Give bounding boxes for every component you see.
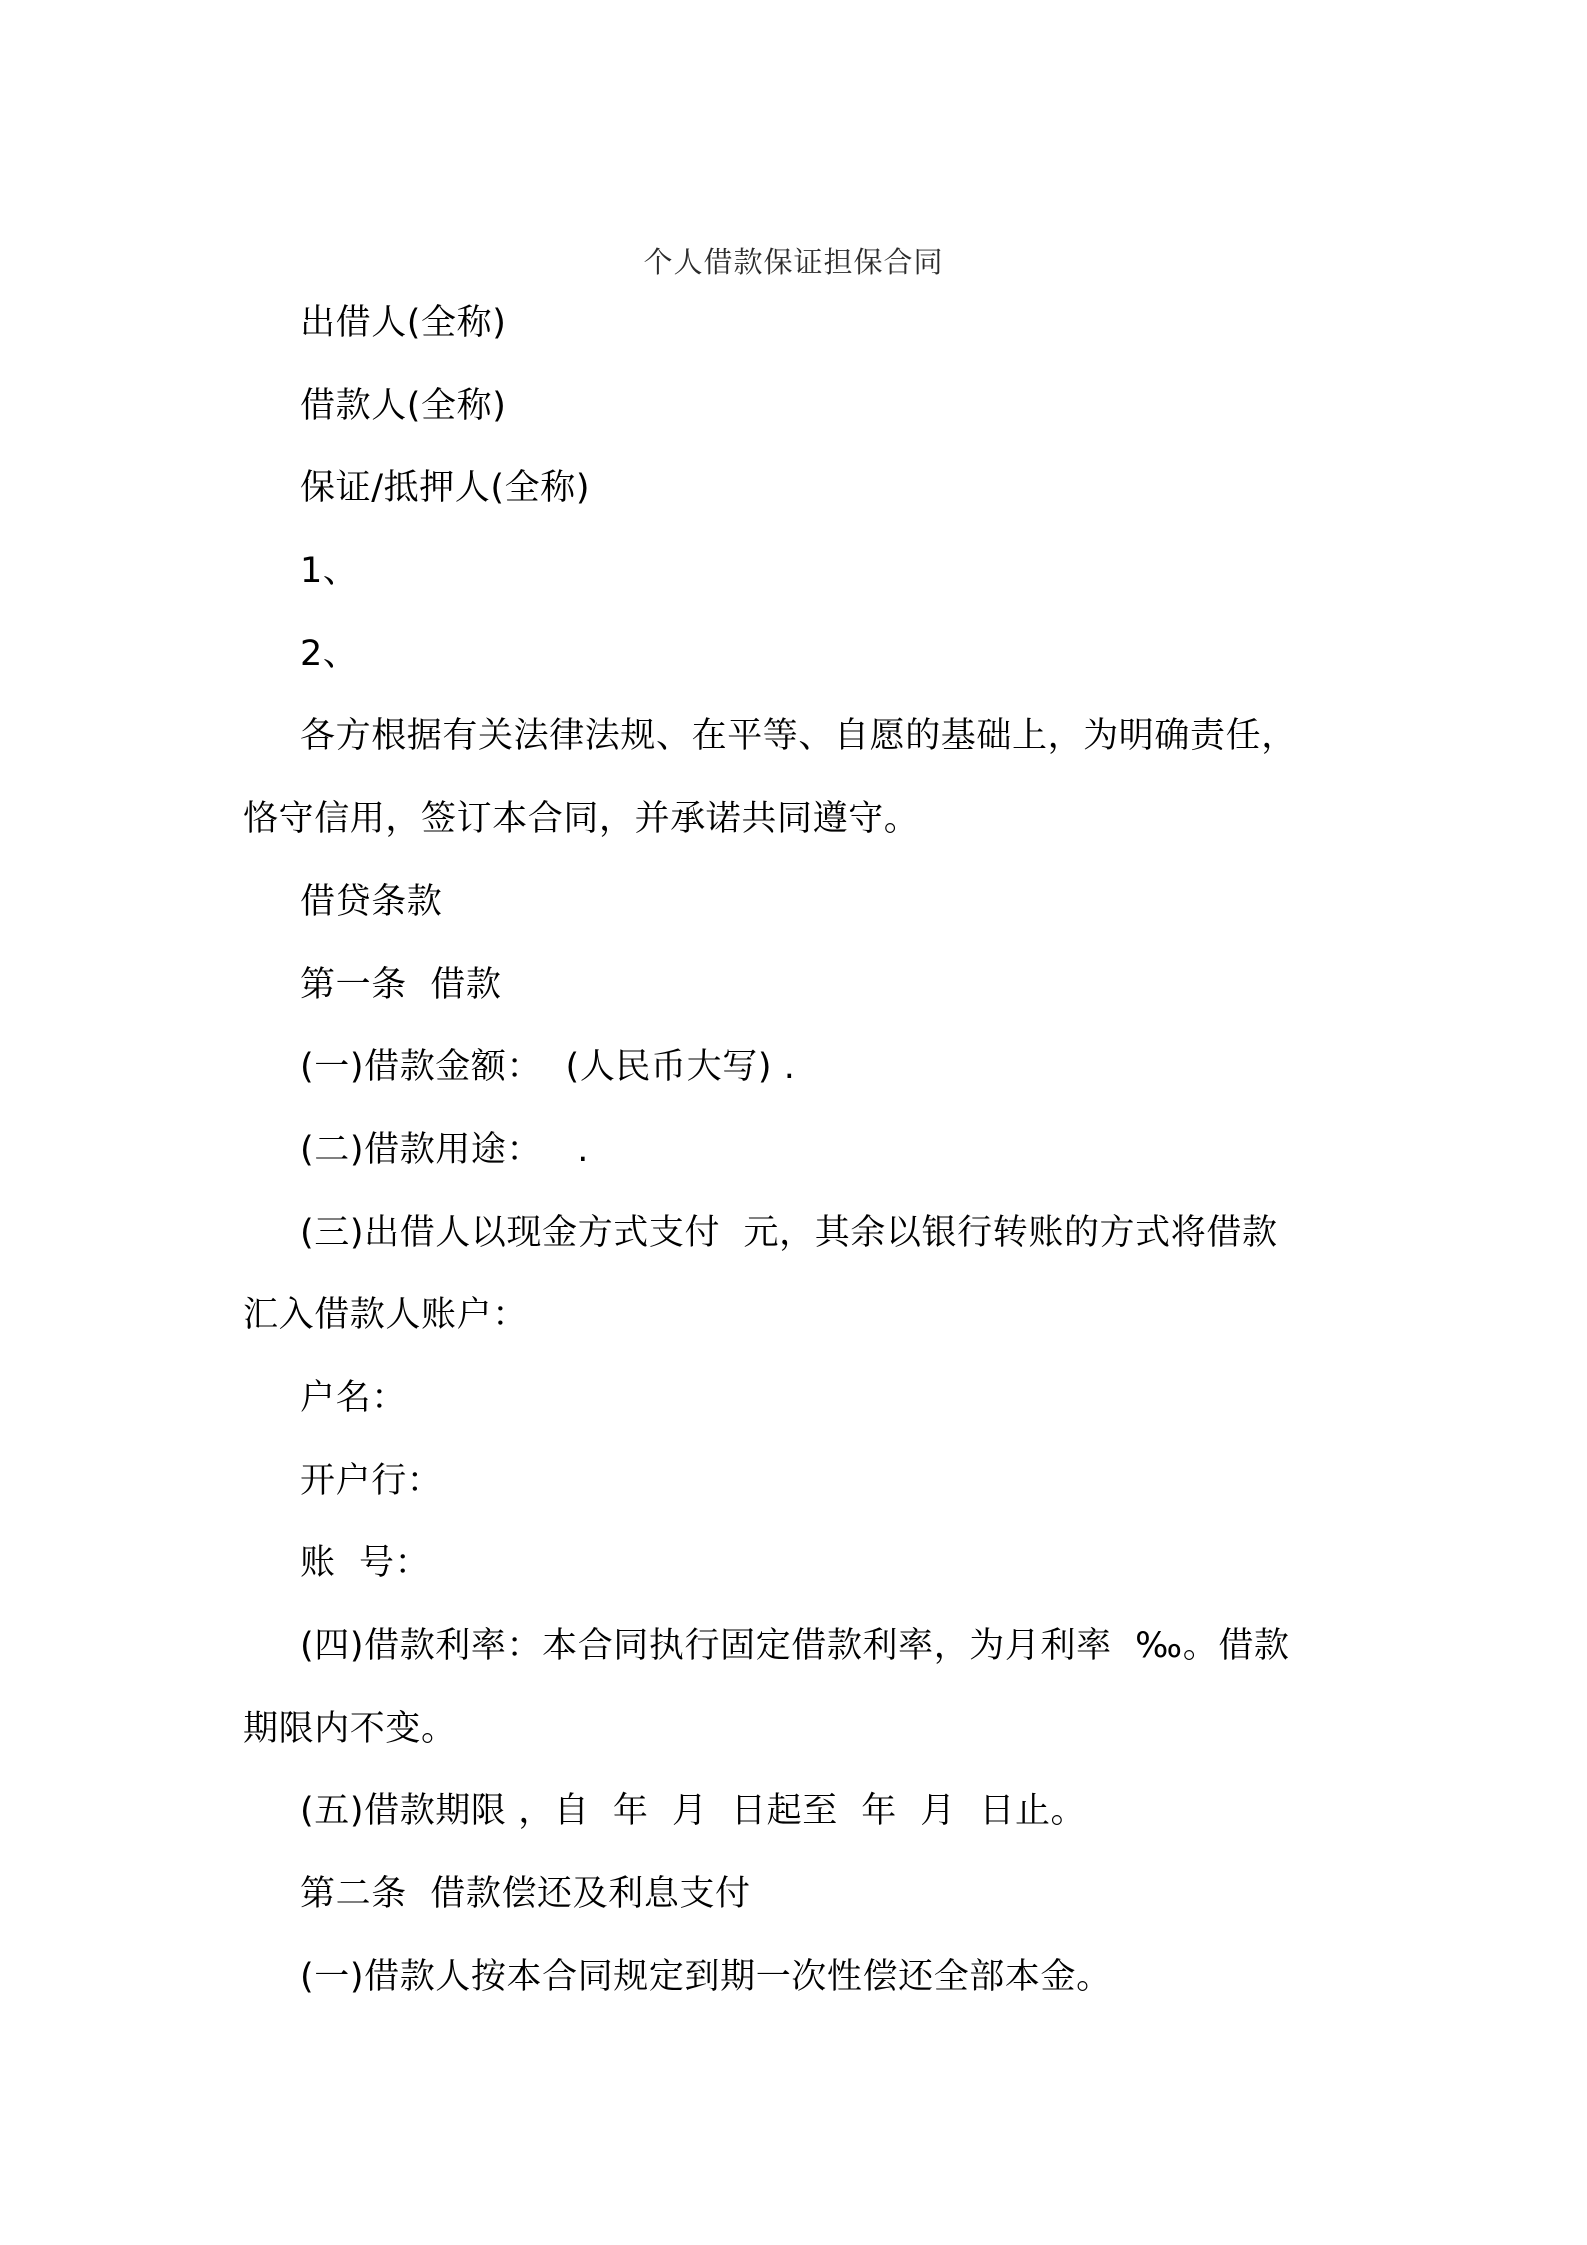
article-1-heading: 第一条 借款: [243, 962, 1355, 1045]
account-name-line: 户名：: [243, 1375, 1355, 1458]
payment-method-line-2: 汇入借款人账户：: [243, 1292, 1355, 1375]
interest-rate-line-2: 期限内不变。: [243, 1706, 1355, 1789]
document-body: 出借人(全称) 借款人(全称) 保证/抵押人(全称) 1、 2、 各方根据有关法…: [243, 300, 1355, 2036]
borrower-line: 借款人(全称): [243, 383, 1355, 466]
preamble-line-2: 恪守信用，签订本合同，并承诺共同遵守。: [243, 796, 1355, 879]
lender-line: 出借人(全称): [243, 300, 1355, 383]
interest-rate-line-1: (四)借款利率：本合同执行固定借款利率，为月利率 ‰。借款: [243, 1623, 1355, 1706]
guarantor-item-2: 2、: [243, 631, 1355, 714]
account-number-line: 账 号：: [243, 1540, 1355, 1623]
guarantor-item-1: 1、: [243, 548, 1355, 631]
article-2-heading: 第二条 借款偿还及利息支付: [243, 1871, 1355, 1954]
payment-method-line-1: (三)出借人以现金方式支付 元，其余以银行转账的方式将借款: [243, 1210, 1355, 1293]
loan-term-line: (五)借款期限 ，自 年 月 日起至 年 月 日止。: [243, 1788, 1355, 1871]
repayment-line: (一)借款人按本合同规定到期一次性偿还全部本金。: [243, 1954, 1355, 2037]
bank-line: 开户行：: [243, 1458, 1355, 1541]
section-heading-loan-terms: 借贷条款: [243, 879, 1355, 962]
loan-amount-line: (一)借款金额： (人民币大写) .: [243, 1044, 1355, 1127]
preamble-line-1: 各方根据有关法律法规、在平等、自愿的基础上，为明确责任，: [243, 713, 1355, 796]
document-page: 个人借款保证担保合同 出借人(全称) 借款人(全称) 保证/抵押人(全称) 1、…: [0, 0, 1587, 2245]
loan-purpose-line: (二)借款用途： .: [243, 1127, 1355, 1210]
guarantor-line: 保证/抵押人(全称): [243, 465, 1355, 548]
document-title: 个人借款保证担保合同: [0, 242, 1587, 282]
